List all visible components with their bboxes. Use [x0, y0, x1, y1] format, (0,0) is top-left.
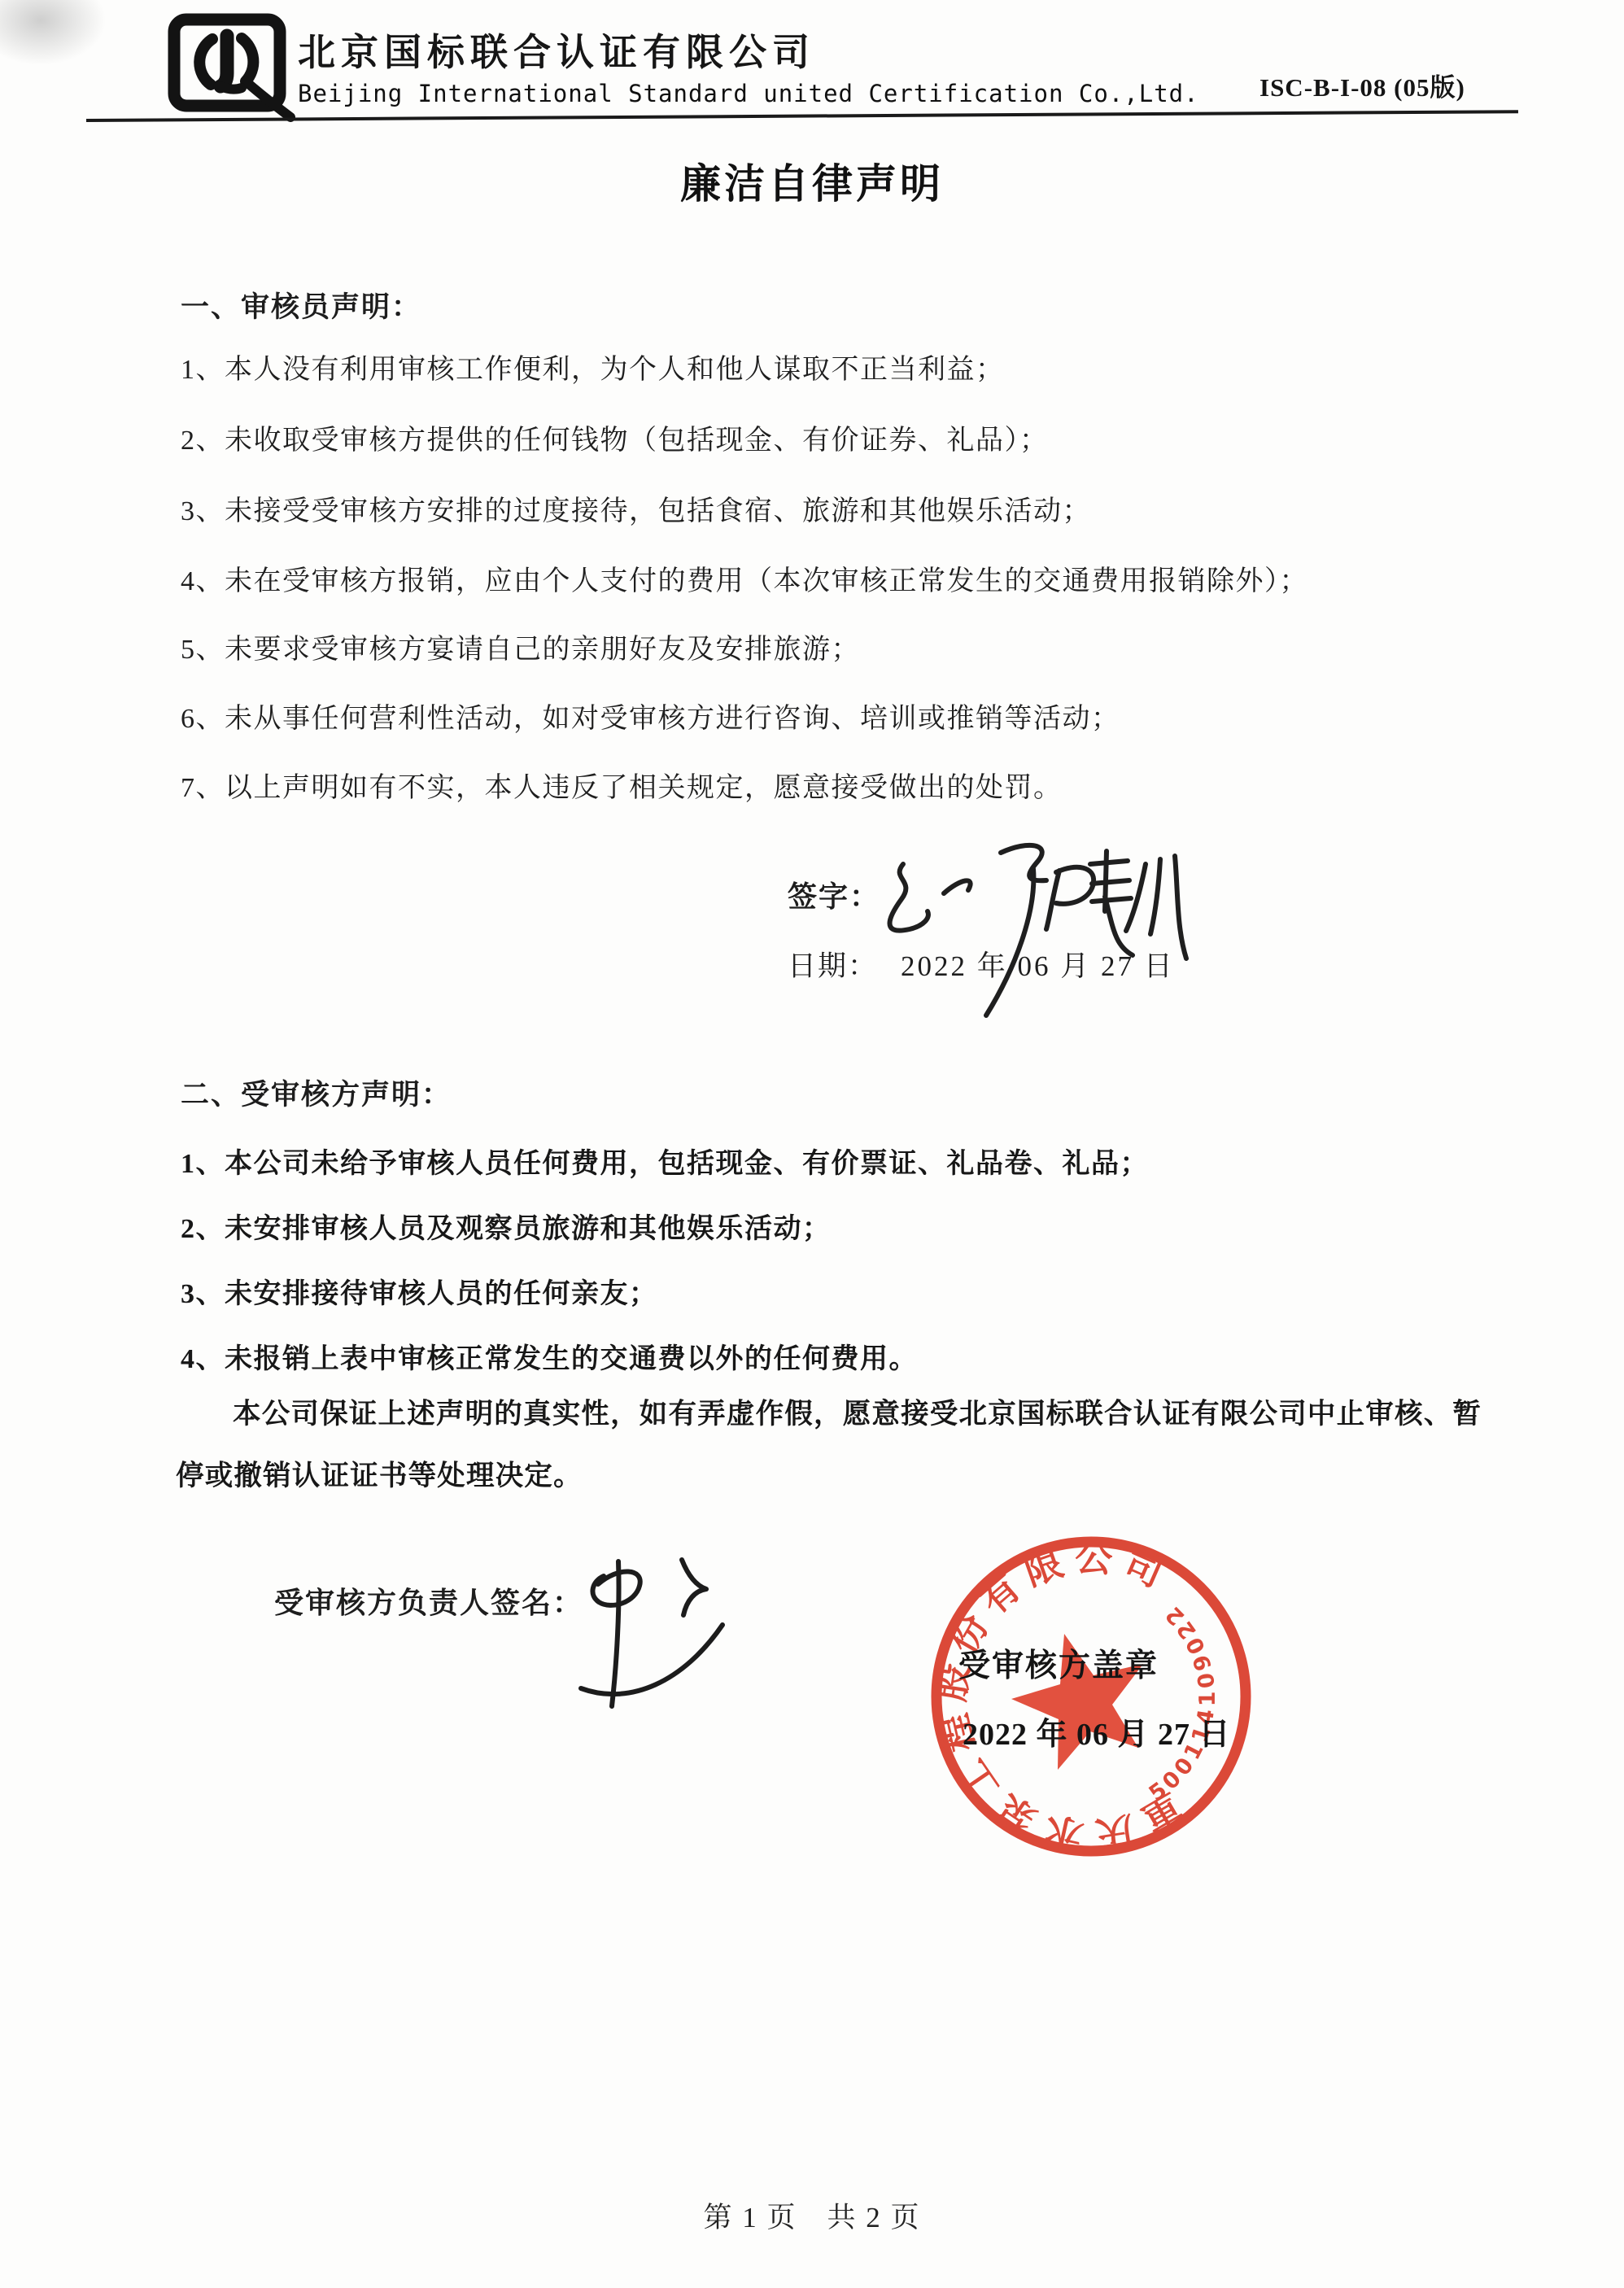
declaration-item: 2、未安排审核人员及观察员旅游和其他娱乐活动； — [181, 1206, 832, 1246]
scan-artifact — [0, 0, 106, 65]
company-seal-stamp: 重庆水泵工程股份有限公司 5001141090227 — [919, 1526, 1277, 1884]
stamp-caption: 受审核方盖章 — [958, 1640, 1159, 1686]
document-code: ISC-B-I-08 (05版) — [1259, 67, 1465, 103]
declaration-item: 7、以上声明如有不实，本人违反了相关规定，愿意接受做出的处罚。 — [181, 765, 1063, 805]
pledge-paragraph: 本公司保证上述声明的真实性，如有弄虚作假，愿意接受北京国标联合认证有限公司中止审… — [176, 1383, 1492, 1507]
page-number: 第 1 页 共 2 页 — [0, 2195, 1624, 2236]
declaration-item: 2、未收取受审核方提供的任何钱物（包括现金、有价证券、礼品）； — [181, 417, 1049, 457]
declaration-item: 1、本人没有利用审核工作便利，为个人和他人谋取不正当利益； — [181, 347, 1005, 386]
stamp-date: 2022 年 06 月 27 日 — [963, 1709, 1231, 1753]
declaration-item: 3、未安排接待审核人员的任何亲友； — [181, 1271, 658, 1311]
scanned-declaration-document: 北京国标联合认证有限公司 Beijing International Stand… — [0, 0, 1624, 2288]
company-name-cn: 北京国标联合认证有限公司 — [298, 23, 815, 76]
declaration-item: 1、本公司未给予审核人员任何费用，包括现金、有价票证、礼品卷、礼品； — [181, 1141, 1149, 1181]
auditor-signature — [846, 822, 1188, 1025]
declaration-item: 4、未报销上表中审核正常发生的交通费以外的任何费用。 — [181, 1336, 918, 1376]
section1-heading: 一、审核员声明： — [181, 285, 421, 325]
declaration-item: 6、未从事任何营利性活动，如对受审核方进行咨询、培训或推销等活动； — [181, 696, 1120, 736]
declaration-item: 4、未在受审核方报销，应由个人支付的费用（本次审核正常发生的交通费用报销除外）； — [181, 558, 1308, 598]
section2-heading: 二、受审核方声明： — [181, 1072, 452, 1113]
header-divider — [86, 110, 1518, 122]
auditee-sign-label: 受审核方负责人签名： — [274, 1580, 583, 1622]
company-logo — [167, 13, 297, 119]
company-name-en: Beijing International Standard united Ce… — [298, 80, 1199, 107]
page-title: 廉洁自律声明 — [0, 151, 1624, 210]
auditee-signature — [561, 1550, 749, 1737]
declaration-item: 3、未接受受审核方安排的过度接待，包括食宿、旅游和其他娱乐活动； — [181, 488, 1091, 528]
declaration-item: 5、未要求受审核方宴请自己的亲朋好友及安排旅游； — [181, 627, 860, 666]
